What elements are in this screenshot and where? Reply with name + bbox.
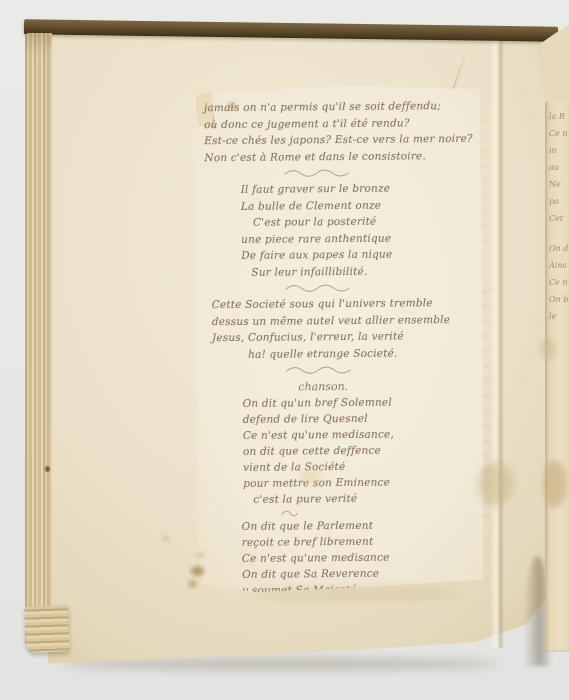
- foxing-stain: [163, 536, 169, 541]
- poem-line: dessus un même autel veut allier ensembl…: [212, 311, 483, 330]
- facing-page-line-fragment: in: [549, 147, 569, 155]
- page-stain: [540, 338, 556, 360]
- poem-stanza: Il faut graver sur le bronzeLa bulle de …: [195, 180, 483, 282]
- foxing-stain: [197, 552, 204, 558]
- facing-page-line-fragment: la R: [549, 113, 569, 121]
- paper-discoloration: [300, 470, 322, 484]
- poem-line: C'est pour la posterité: [253, 213, 482, 231]
- ink-spot: [228, 103, 235, 109]
- edge-spot: [45, 466, 50, 472]
- poem-line: Est-ce chés les japons? Est-ce vers la m…: [204, 131, 481, 150]
- poem-line: Sur leur infaillibilité.: [251, 262, 482, 281]
- facing-page-line-fragment: Ains: [549, 262, 569, 270]
- poem-line: c'est la pure verité: [253, 490, 484, 508]
- poem-stanza: Cette Societé sous qui l'univers tremble…: [196, 295, 484, 364]
- facing-page-line-fragment: au: [549, 164, 569, 172]
- facing-page-line-fragment: Ne: [549, 181, 569, 189]
- page-fold-highlight: [490, 36, 504, 648]
- foxing-stain: [191, 566, 204, 576]
- book-page-block-edge: [25, 33, 52, 647]
- poem-line: jamais on n'a permis qu'il se soit deffe…: [204, 98, 481, 117]
- flourish-divider: [282, 167, 481, 179]
- page-stain: [543, 460, 567, 508]
- foxing-stain: [188, 580, 197, 588]
- bottom-discoloration: [250, 586, 460, 601]
- flourish-divider-small: [279, 507, 484, 518]
- page-edges-bottom-left: [24, 605, 70, 653]
- facing-page-line-fragment: On b: [549, 296, 569, 304]
- poem-stanza: On dit qu'un bref Solemneldefend de lire…: [196, 394, 484, 509]
- page-stain: [478, 462, 514, 506]
- poem-stanza: jamais on n'a permis qu'il se soit deffe…: [194, 98, 482, 167]
- poem-line: Non c'est à Rome et dans le consistoire.: [204, 147, 481, 166]
- poem-text: jamais on n'a permis qu'il se soit deffe…: [194, 85, 485, 596]
- facing-page-line-fragment: On dit: [549, 245, 569, 253]
- facing-page-line-fragment: Cet: [549, 215, 569, 223]
- flourish-divider: [284, 282, 483, 294]
- facing-page-line-fragment: Ce n: [549, 279, 569, 287]
- manuscript-sheet: jamais on n'a permis qu'il se soit deffe…: [194, 85, 485, 596]
- facing-page-line-fragment: Ce n: [549, 130, 569, 138]
- facing-page-line-fragment: le: [549, 313, 569, 321]
- poem-line: ha! quelle etrange Societé.: [248, 344, 483, 363]
- poem-heading: chanson.: [298, 377, 483, 396]
- flourish-divider: [284, 364, 483, 376]
- facing-page-line-fragment: po: [549, 198, 569, 206]
- photo-of-manuscript-book: parCeOnla RCe ninauNepoCetOn ditAinsCe n…: [0, 0, 569, 700]
